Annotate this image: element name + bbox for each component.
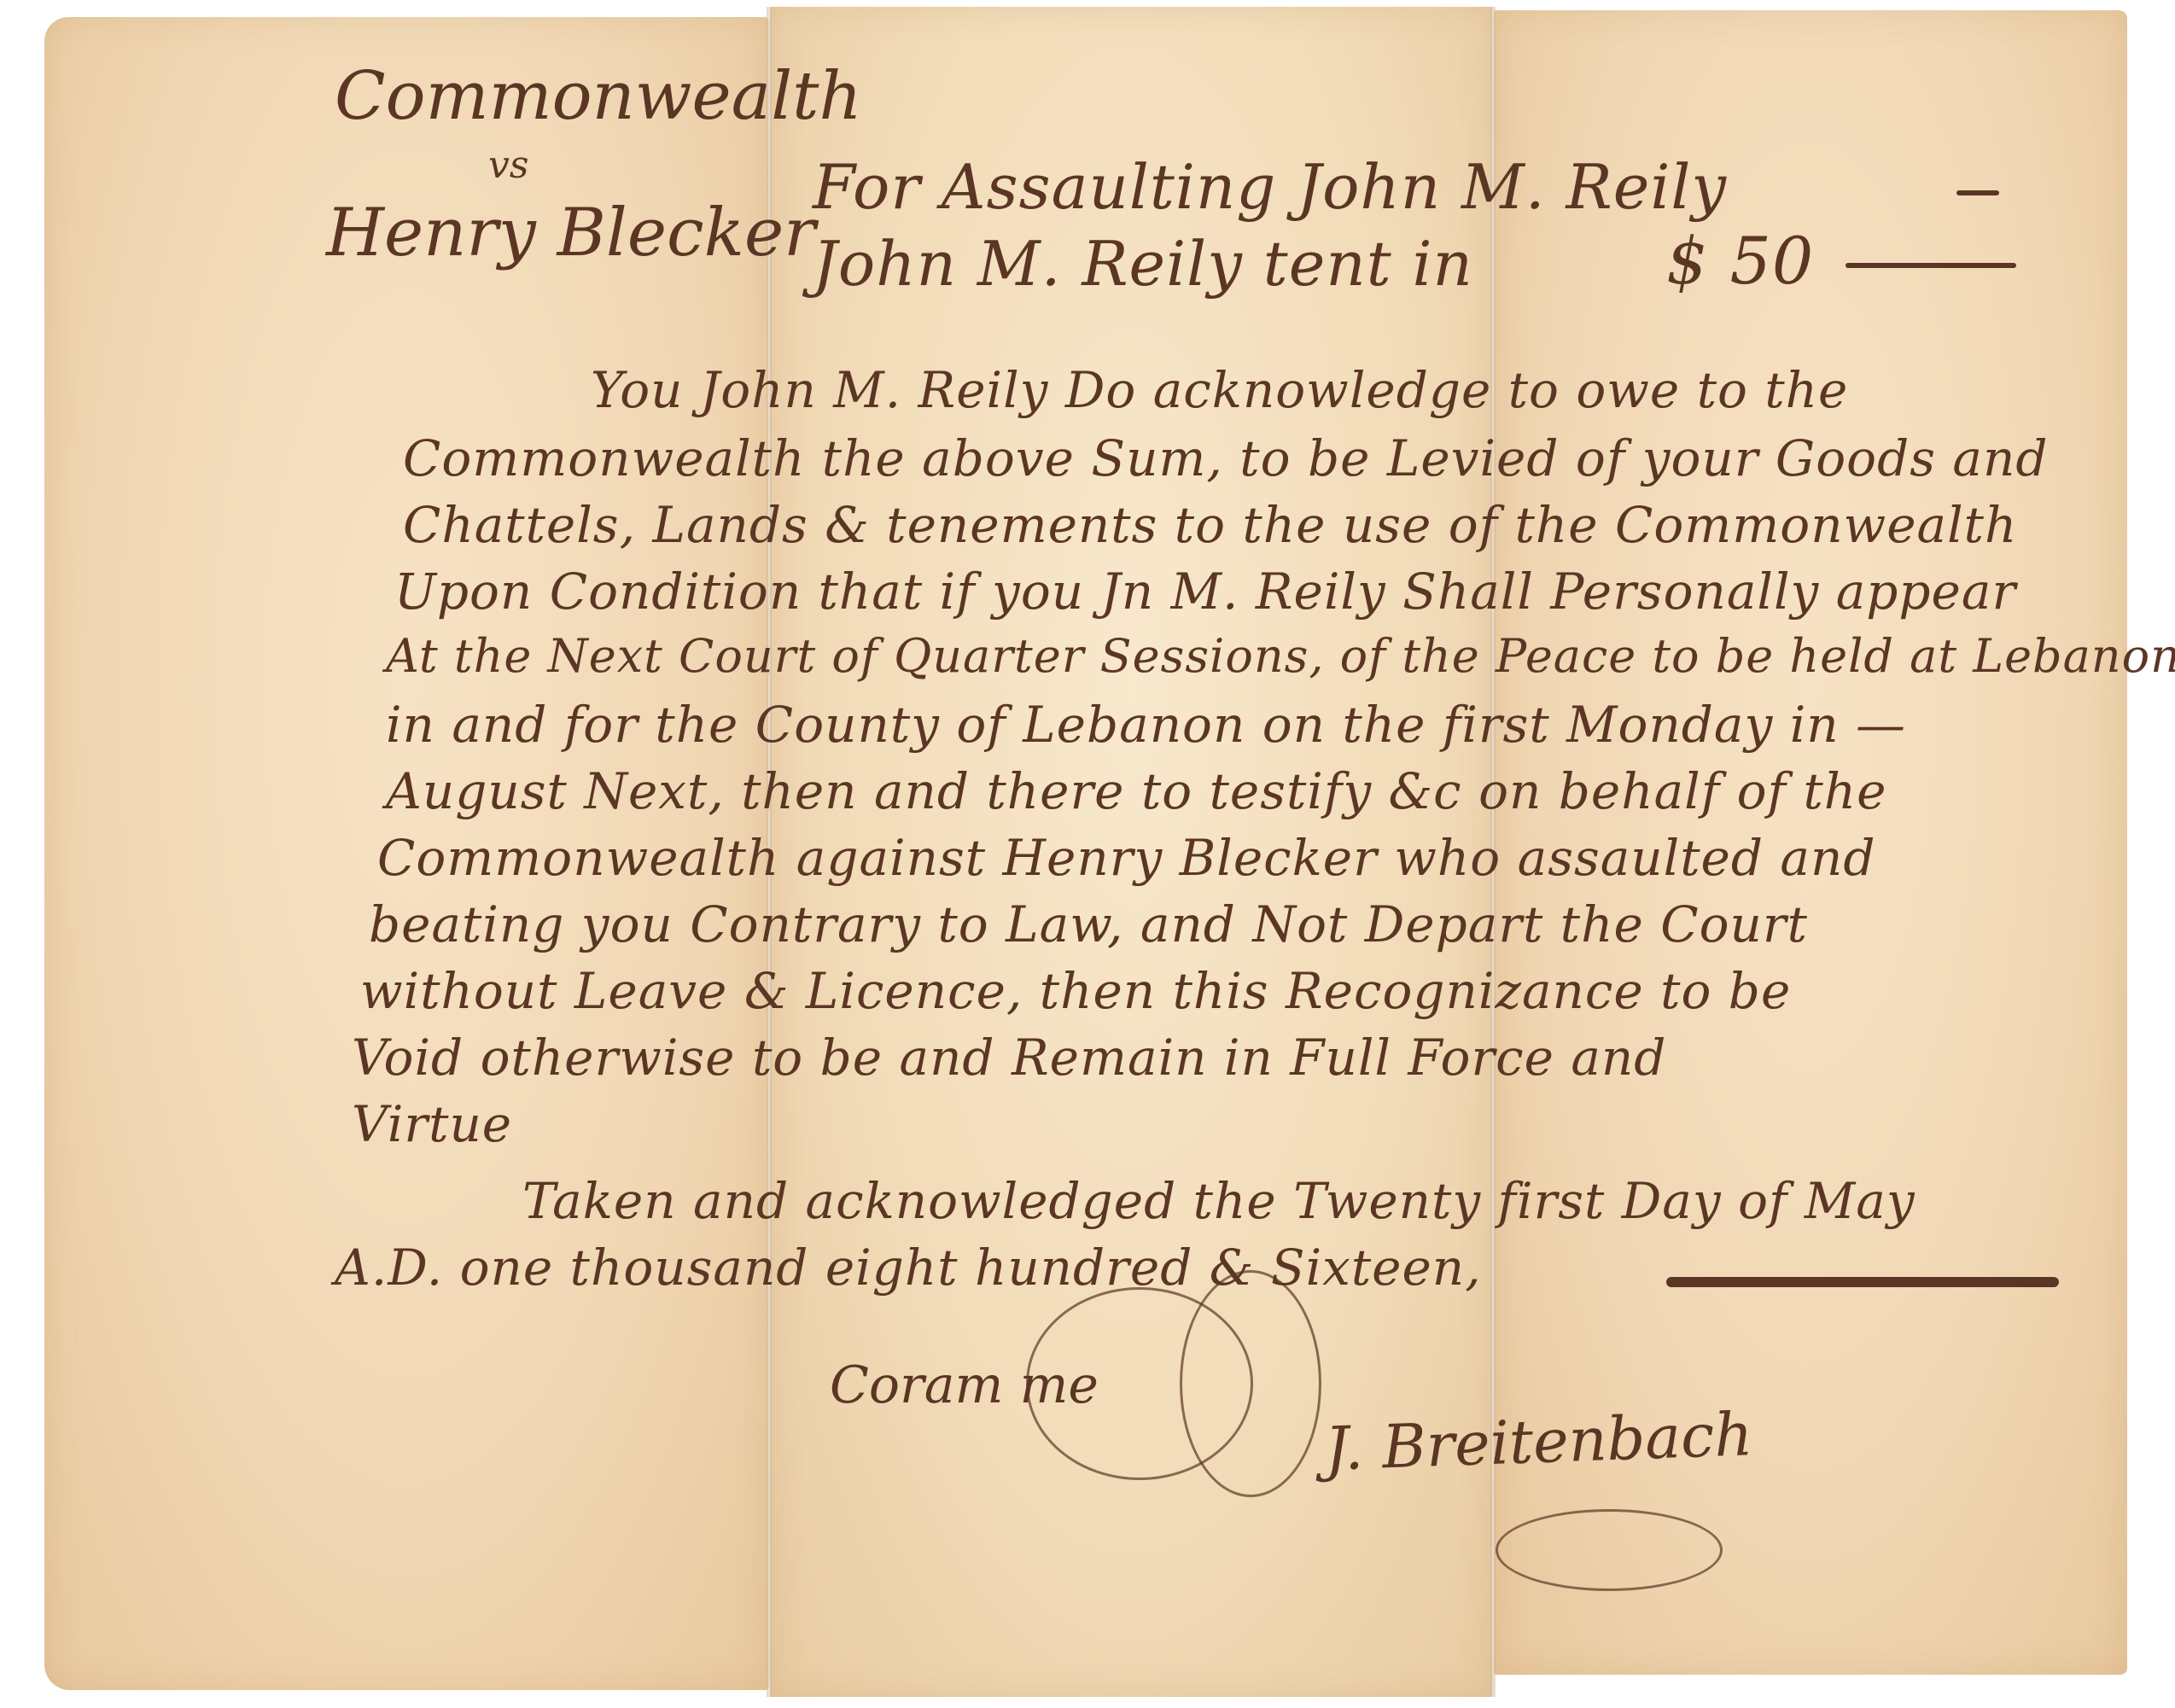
body-line-5: At the Next Court of Quarter Sessions, o… [386, 633, 2175, 679]
body-line-11: Void otherwise to be and Remain in Full … [352, 1033, 1666, 1082]
caption-charge: For Assaulting John M. Reily [813, 156, 1727, 218]
caption-witness-bond: John M. Reily tent in [813, 233, 1473, 294]
flourish-amount [1846, 263, 2016, 268]
body-line-9: beating you Contrary to Law, and Not Dep… [369, 900, 1808, 949]
body-line-8: Commonwealth against Henry Blecker who a… [377, 833, 1875, 883]
signature-underline-flourish [1496, 1509, 1723, 1591]
closing-flourish [1666, 1277, 2059, 1287]
body-line-7: August Next, then and there to testify &… [386, 767, 1886, 816]
body-line-6: in and for the County of Lebanon on the … [386, 700, 1906, 749]
flourish-charge [1956, 190, 1999, 195]
caption-versus: vs [488, 143, 528, 187]
body-line-10: without Leave & Licence, then this Recog… [360, 966, 1791, 1016]
caption-defendant: Henry Blecker [326, 195, 815, 271]
document-sheet: Commonwealth vs Henry Blecker For Assaul… [44, 7, 2127, 1697]
body-line-1: You John M. Reily Do acknowledge to owe … [591, 365, 1848, 415]
caption-plaintiff: Commonwealth [335, 58, 862, 135]
body-line-4: Upon Condition that if you Jn M. Reily S… [394, 567, 2016, 616]
signature-flourish-loop-2 [1180, 1270, 1321, 1497]
closing-line-1: Taken and acknowledged the Twenty first … [522, 1176, 1916, 1226]
magistrate-signature: J. Breitenbach [1324, 1399, 1754, 1484]
body-line-3: Chattels, Lands & tenements to the use o… [403, 500, 2017, 550]
body-line-12: Virtue [352, 1099, 512, 1149]
closing-line-2: A.D. one thousand eight hundred & Sixtee… [335, 1243, 1482, 1292]
bond-amount: $ 50 [1666, 229, 1814, 294]
body-line-2: Commonwealth the above Sum, to be Levied… [403, 434, 2048, 483]
